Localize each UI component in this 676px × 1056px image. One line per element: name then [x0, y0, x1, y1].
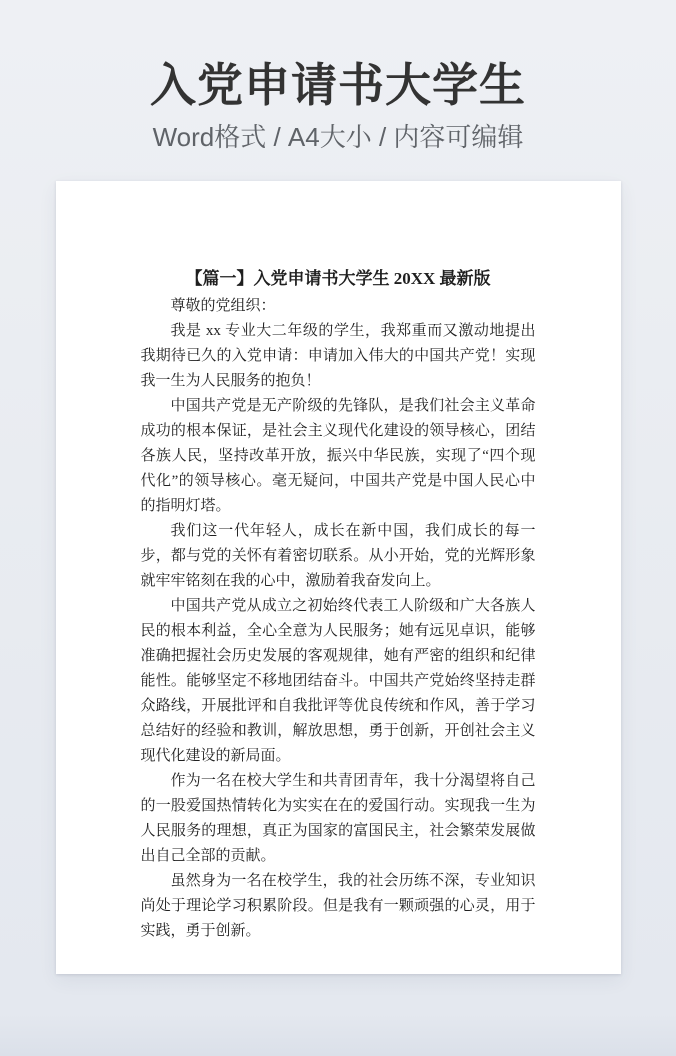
document-title: 【篇一】入党申请书大学生 20XX 最新版 — [141, 266, 536, 291]
document-paragraph: 尊敬的党组织： — [141, 294, 536, 319]
preview-subtitle: Word格式 / A4大小 / 内容可编辑 — [0, 120, 676, 154]
document-paragraph: 我们这一代年轻人，成长在新中国，我们成长的每一步，都与党的关怀有着密切联系。从小… — [141, 519, 536, 594]
preview-header: 入党申请书大学生 Word格式 / A4大小 / 内容可编辑 — [0, 0, 676, 154]
document-paragraph: 作为一名在校大学生和共青团青年，我十分渴望将自己的一股爱国热情转化为实实在在的爱… — [141, 769, 536, 869]
preview-title: 入党申请书大学生 — [0, 56, 676, 114]
document-paragraph: 虽然身为一名在校学生，我的社会历练不深，专业知识尚处于理论学习积累阶段。但是我有… — [141, 869, 536, 944]
document-paragraph: 中国共产党是无产阶级的先锋队，是我们社会主义革命成功的根本保证，是社会主义现代化… — [141, 394, 536, 519]
document-body: 尊敬的党组织：我是 xx 专业大二年级的学生，我郑重而又激动地提出我期待已久的入… — [141, 294, 536, 944]
document-page: 【篇一】入党申请书大学生 20XX 最新版 尊敬的党组织：我是 xx 专业大二年… — [56, 181, 621, 974]
document-paragraph: 我是 xx 专业大二年级的学生，我郑重而又激动地提出我期待已久的入党申请：申请加… — [141, 319, 536, 394]
document-paragraph: 中国共产党从成立之初始终代表工人阶级和广大各族人民的根本利益，全心全意为人民服务… — [141, 594, 536, 769]
template-preview: 入党申请书大学生 Word格式 / A4大小 / 内容可编辑 【篇一】入党申请书… — [0, 0, 676, 1056]
